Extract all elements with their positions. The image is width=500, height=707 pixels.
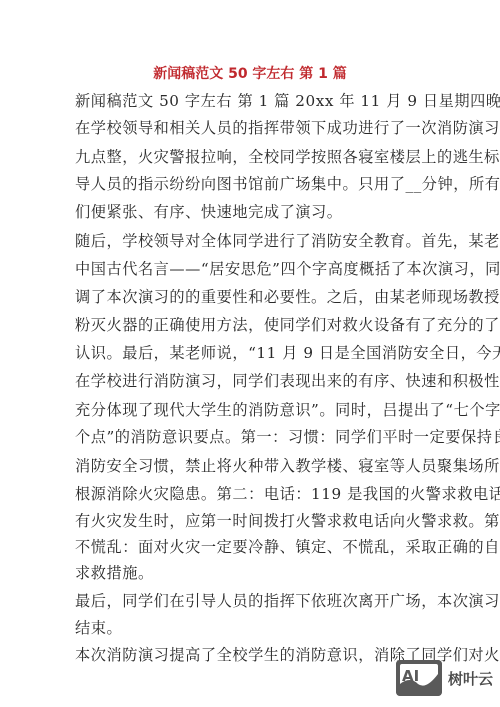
document-title: 新闻稿范文 50 字左右 第 1 篇 xyxy=(0,63,500,83)
text-line: 随后，学校领导对全体同学进行了消防安全教育。首先，某老师用 xyxy=(75,232,435,250)
text-line: 个点”的消防意识要点。第一：习惯：同学们平时一定要保持良好的 xyxy=(75,428,435,446)
watermark-logo: AI 树叶云 xyxy=(396,660,496,696)
text-line: 认识。最后，某老师说，“11 月 9 日是全国消防安全日，今天我们 xyxy=(75,344,435,362)
text-line: 本次消防演习提高了全校学生的消防意识，消除了同学们对火灾的 xyxy=(75,646,435,664)
text-line: 有火灾发生时，应第一时间拨打火警求救电话向火警求救。第三： xyxy=(75,512,435,530)
text-line: 最后，同学们在引导人员的指挥下依班次离开广场，本次演习圆满 xyxy=(75,592,435,610)
svg-text:AI: AI xyxy=(402,667,419,685)
text-line: 调了本次演习的的重要性和必要性。之后，由某老师现场教授了干 xyxy=(75,288,435,306)
text-line: 粉灭火器的正确使用方法，使同学们对救火设备有了充分的了解和 xyxy=(75,316,435,334)
text-line: 求救措施。 xyxy=(75,564,435,582)
text-line: 充分体现了现代大学生的消防意识”。同时，吕提出了“七个字，三 xyxy=(75,401,435,419)
text-line: 新闻稿范文 50 字左右 第 1 篇 20xx 年 11 月 9 日星期四晚某校… xyxy=(75,92,435,110)
text-line: 在学校进行消防演习，同学们表现出来的有序、快速和积极性已经 xyxy=(75,372,435,390)
text-line: 消防安全习惯，禁止将火种带入教学楼、寝室等人员聚集场所，从 xyxy=(75,457,435,475)
watermark-brand: 树叶云 xyxy=(448,668,493,689)
text-line: 导人员的指示纷纷向图书馆前广场集中。只用了__分钟，所有同学 xyxy=(75,175,435,193)
text-line: 不慌乱：面对火灾一定要冷静、镇定、不慌乱，采取正确的自救、 xyxy=(75,538,435,556)
text-line: 们便紧张、有序、快速地完成了演习。 xyxy=(75,203,435,221)
text-line: 根源消除火灾隐患。第二：电话：119 是我国的火警求救电话，当 xyxy=(75,485,435,503)
text-line: 九点整，火灾警报拉响，全校同学按照各寝室楼层上的逃生标识引 xyxy=(75,148,435,166)
document-page: 新闻稿范文 50 字左右 第 1 篇 新闻稿范文 50 字左右 第 1 篇 20… xyxy=(0,0,500,707)
text-line: 中国古代名言——“居安思危”四个字高度概括了本次演习，同时也强 xyxy=(75,260,435,278)
text-line: 在学校领导和相关人员的指挥带领下成功进行了一次消防演习。 xyxy=(75,119,435,137)
ai-image-logo-icon: AI xyxy=(396,660,442,696)
text-line: 结束。 xyxy=(75,619,435,637)
